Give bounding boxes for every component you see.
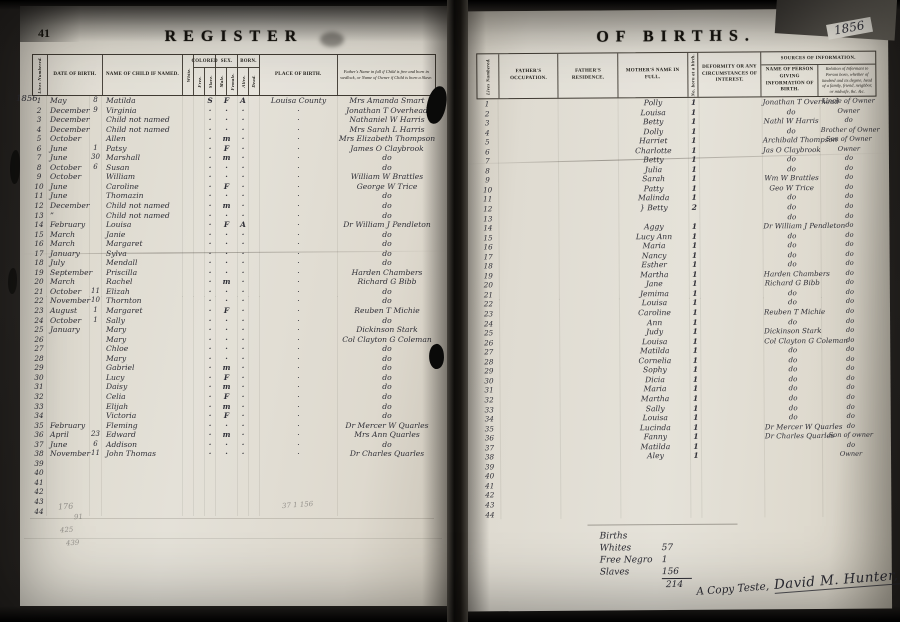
informant-name: do <box>765 393 823 403</box>
row-number: 2 <box>477 109 499 119</box>
father-or-owner-name: Mrs Elizabeth Thompson <box>338 134 436 144</box>
column-group-sex: SEX. Male. Female. <box>216 55 238 95</box>
born-alive-mark: · <box>238 287 249 297</box>
birth-month <box>47 344 90 354</box>
colored-slave-mark: · <box>205 449 216 459</box>
father-residence <box>559 223 619 233</box>
born-alive-mark: · <box>238 172 249 182</box>
father-occupation <box>501 423 561 433</box>
born-dead-mark <box>249 402 260 412</box>
father-occupation <box>501 414 561 424</box>
father-or-owner-name: do <box>338 230 436 240</box>
sex-mark: · <box>216 335 238 345</box>
pencil-note: 439 <box>66 539 80 548</box>
child-name: Janie <box>102 230 183 240</box>
row-number: 3 <box>32 115 47 125</box>
birth-day: 8 <box>90 96 102 106</box>
register-row: 6June1Patsy·F··James O Claybrook <box>32 144 436 154</box>
informant-relation: do <box>822 307 878 317</box>
father-residence <box>561 499 621 509</box>
born-alive-mark: · <box>238 163 249 173</box>
colored-free-mark <box>194 468 205 478</box>
colored-free-mark <box>194 344 205 354</box>
birth-day <box>90 201 102 211</box>
place-of-birth: · <box>260 191 338 201</box>
informant-relation: do <box>821 173 877 183</box>
register-title: REGISTER <box>20 28 448 46</box>
mother-name: Aggy <box>619 222 689 232</box>
white-mark <box>183 144 194 154</box>
born-dead-mark <box>249 258 260 268</box>
born-alive-mark: · <box>238 335 249 345</box>
place-of-birth: · <box>260 134 338 144</box>
white-mark <box>183 449 194 459</box>
register-row: 26Mary····Col Clayton G Coleman <box>32 335 436 345</box>
birth-month <box>47 354 90 364</box>
deformity-note <box>702 489 765 499</box>
colored-free-mark <box>194 478 205 488</box>
birth-month: December <box>47 125 90 135</box>
number-born-mark: 1 <box>689 222 700 232</box>
informant-relation: do <box>822 288 878 298</box>
sex-mark: · <box>216 354 238 364</box>
pencil-note: 176 <box>58 501 74 511</box>
born-dead-mark <box>249 201 260 211</box>
white-mark <box>183 182 194 192</box>
white-mark <box>183 497 194 507</box>
father-or-owner-name: do <box>338 201 436 211</box>
pencil-note: 425 <box>60 526 74 535</box>
register-row: 31Daisy·m··do <box>32 382 436 392</box>
deformity-note <box>701 317 764 327</box>
row-number: 4 <box>32 125 47 135</box>
father-residence <box>561 461 621 471</box>
father-residence <box>559 184 619 194</box>
deformity-note <box>700 126 763 136</box>
place-of-birth: · <box>260 144 338 154</box>
mother-name: Maria <box>620 241 690 251</box>
column-header-father-residence-label: FATHER'S RESIDENCE. <box>559 68 618 84</box>
white-mark <box>183 487 194 497</box>
mother-name: Charlotte <box>619 146 689 156</box>
father-residence <box>559 108 619 118</box>
register-row: 39 <box>32 459 436 469</box>
informant-relation <box>823 498 879 508</box>
deformity-note <box>702 403 765 413</box>
place-of-birth: · <box>260 373 338 383</box>
sex-mark: · <box>216 249 238 259</box>
register-row: 44 <box>479 507 879 519</box>
born-dead-mark <box>249 182 260 192</box>
mother-name: Maria <box>621 384 691 394</box>
register-row: 7June30Marshall·m··do <box>32 153 436 163</box>
summary-total: 214 <box>662 578 692 591</box>
column-header-number: Lives Numbered. <box>33 55 48 95</box>
born-dead-mark <box>249 316 260 326</box>
row-number: 6 <box>32 144 47 154</box>
father-occupation <box>500 337 560 347</box>
row-number: 41 <box>479 481 501 491</box>
child-name: Child not named <box>102 115 183 125</box>
birth-month <box>47 335 90 345</box>
row-number: 38 <box>479 452 501 462</box>
informant-name: Dr William J Pendleton <box>763 221 821 231</box>
number-born-mark: 1 <box>690 241 701 251</box>
birth-day <box>90 468 102 478</box>
number-born-mark <box>691 489 702 499</box>
row-number: 40 <box>32 468 47 478</box>
born-dead-mark <box>249 191 260 201</box>
child-name: Daisy <box>102 382 183 392</box>
born-alive-mark: · <box>238 392 249 402</box>
born-alive-mark: · <box>238 201 249 211</box>
row-number: 26 <box>32 335 47 345</box>
father-residence <box>559 175 619 185</box>
colored-free-mark <box>194 115 205 125</box>
born-dead-mark <box>249 287 260 297</box>
father-occupation <box>500 271 560 281</box>
sex-mark: F <box>216 306 238 316</box>
father-or-owner-name: Dr Charles Quarles <box>338 449 436 459</box>
deformity-note <box>701 279 764 289</box>
father-residence <box>561 490 621 500</box>
place-of-birth: · <box>260 163 338 173</box>
father-occupation <box>500 366 560 376</box>
row-number: 4 <box>477 128 499 138</box>
father-occupation <box>499 137 559 147</box>
father-or-owner-name: do <box>338 211 436 221</box>
mother-name: Fanny <box>621 432 691 442</box>
register-row: 24October1Sally····do <box>32 316 436 326</box>
colored-slave-mark: · <box>205 268 216 278</box>
attest-text: A Copy Teste, <box>696 580 770 598</box>
row-number: 28 <box>32 354 47 364</box>
sex-mark: F <box>216 220 238 230</box>
sex-mark: F <box>216 373 238 383</box>
informant-name: do <box>765 383 823 393</box>
deformity-note <box>701 355 764 365</box>
father-or-owner-name <box>338 497 436 507</box>
column-header-mother-name: MOTHER'S NAME IN FULL. <box>618 53 688 97</box>
white-mark <box>183 220 194 230</box>
row-number: 6 <box>477 147 499 157</box>
colored-free-mark <box>194 144 205 154</box>
birth-day <box>90 421 102 431</box>
informant-relation: do <box>822 259 878 269</box>
colored-free-mark <box>194 134 205 144</box>
father-residence <box>561 452 621 462</box>
sex-mark: m <box>216 430 238 440</box>
place-of-birth <box>260 468 338 478</box>
row-number: 10 <box>477 185 499 195</box>
born-alive-mark <box>238 468 249 478</box>
colored-slave-mark: · <box>205 163 216 173</box>
father-residence <box>560 347 620 357</box>
place-of-birth: · <box>260 421 338 431</box>
number-born-mark: 1 <box>690 327 701 337</box>
informant-name: do <box>763 126 821 136</box>
book-binding <box>447 0 468 622</box>
sex-mark: · <box>216 449 238 459</box>
column-header-white-label: White. <box>186 68 191 82</box>
right-register-rows: 1Polly1Jonathan T OverheadUncle of Owner… <box>477 97 880 520</box>
row-number: 8 <box>477 166 499 176</box>
born-alive-mark: · <box>238 411 249 421</box>
born-dead-mark <box>249 344 260 354</box>
born-dead-mark <box>249 277 260 287</box>
summary-whites-value: 57 <box>662 542 692 554</box>
sex-mark: · <box>216 421 238 431</box>
colored-slave-mark: · <box>205 430 216 440</box>
birth-month <box>47 468 90 478</box>
colored-slave-mark: · <box>205 392 216 402</box>
father-or-owner-name: do <box>338 153 436 163</box>
born-dead-mark <box>249 373 260 383</box>
row-number: 13 <box>477 214 499 224</box>
mother-name: Dicia <box>620 375 690 385</box>
born-alive-mark: · <box>238 106 249 116</box>
sex-mark: m <box>216 201 238 211</box>
register-row: 12DecemberChild not named·m··do <box>32 201 436 211</box>
register-row: 37June6Addison····do <box>32 440 436 450</box>
deformity-note <box>701 298 764 308</box>
register-row: 20MarchRachel·m··Richard G Bibb <box>32 277 436 287</box>
column-header-number-born-label: No. born at a birth. <box>690 54 695 97</box>
born-alive-mark: · <box>238 306 249 316</box>
column-group-sources: SOURCES OF INFORMATION. NAME OF PERSON G… <box>761 52 875 97</box>
father-occupation <box>501 462 561 472</box>
row-number: 35 <box>32 421 47 431</box>
left-register-rows: 1May8MatildaSFALouisa CountyMrs Amanda S… <box>32 96 436 516</box>
father-or-owner-name: do <box>338 296 436 306</box>
deformity-note <box>700 107 763 117</box>
father-or-owner-name: do <box>338 392 436 402</box>
row-number: 43 <box>32 497 47 507</box>
mother-name: Lucinda <box>621 423 691 433</box>
father-occupation <box>500 299 560 309</box>
white-mark <box>183 268 194 278</box>
white-mark <box>183 96 194 106</box>
deformity-note <box>701 307 764 317</box>
birth-month: October <box>47 172 90 182</box>
mother-name: Matilda <box>620 346 690 356</box>
father-occupation <box>499 118 559 128</box>
row-number: 7 <box>477 157 499 167</box>
sex-mark: · <box>216 440 238 450</box>
father-residence <box>560 337 620 347</box>
colored-free-mark <box>194 449 205 459</box>
birth-day <box>90 459 102 469</box>
deformity-note <box>700 222 763 232</box>
sex-mark <box>216 459 238 469</box>
born-alive-mark: · <box>238 344 249 354</box>
births-summary: Births Whites 57 Free Negro 1 Slaves 156… <box>600 530 692 592</box>
column-header-female: Female. <box>227 68 237 95</box>
ink-smear <box>320 32 344 47</box>
place-of-birth: · <box>260 287 338 297</box>
white-mark <box>183 507 194 517</box>
birth-month: March <box>47 230 90 240</box>
column-header-child-name-label: NAME OF CHILD IF NAMED. <box>105 71 180 80</box>
informant-relation: do <box>821 154 877 164</box>
father-occupation <box>501 490 561 500</box>
place-of-birth <box>260 459 338 469</box>
born-dead-mark <box>249 220 260 230</box>
informant-name: do <box>764 364 822 374</box>
row-number: 30 <box>32 373 47 383</box>
informant-name: Dr Mercer W Quarles <box>765 422 823 432</box>
informant-name: do <box>764 240 822 250</box>
born-dead-mark <box>249 306 260 316</box>
born-dead-mark <box>249 230 260 240</box>
white-mark <box>183 363 194 373</box>
born-alive-mark: · <box>238 191 249 201</box>
informant-relation: do <box>823 412 879 422</box>
white-mark <box>183 392 194 402</box>
informant-name: Archibald Thompson <box>763 135 821 145</box>
deformity-note <box>700 164 763 174</box>
born-dead-mark <box>249 449 260 459</box>
born-alive-mark: · <box>238 354 249 364</box>
colored-slave-mark: · <box>205 220 216 230</box>
birth-month: April <box>47 430 90 440</box>
summary-slaves-label: Slaves <box>600 566 662 578</box>
father-or-owner-name: do <box>338 402 436 412</box>
father-residence <box>561 509 621 519</box>
father-occupation <box>500 318 560 328</box>
row-number: 12 <box>32 201 47 211</box>
father-occupation <box>501 509 561 519</box>
row-number: 14 <box>32 220 47 230</box>
father-occupation <box>501 404 561 414</box>
deformity-note <box>702 498 765 508</box>
place-of-birth: · <box>260 182 338 192</box>
birth-day: 10 <box>90 296 102 306</box>
birth-month: March <box>47 239 90 249</box>
mother-name: } Betty <box>619 203 689 213</box>
row-number: 22 <box>478 300 500 310</box>
born-alive-mark: · <box>238 182 249 192</box>
column-header-number-born: No. born at a birth. <box>688 53 699 97</box>
register-row: 22November10Thornton····do <box>32 296 436 306</box>
father-residence <box>561 433 621 443</box>
born-alive-mark <box>238 478 249 488</box>
clerk-attestation: A Copy Teste, David M. Hunter, Clk <box>696 562 900 599</box>
birth-day <box>90 392 102 402</box>
place-of-birth: · <box>260 344 338 354</box>
informant-relation: Owner <box>823 450 879 460</box>
row-number: 8 <box>32 163 47 173</box>
child-name: Mendall <box>102 258 183 268</box>
colored-slave-mark: · <box>205 306 216 316</box>
number-born-mark: 1 <box>689 117 700 127</box>
sex-mark: m <box>216 153 238 163</box>
informant-relation <box>823 478 879 488</box>
birth-day <box>90 258 102 268</box>
born-dead-mark <box>249 430 260 440</box>
birth-day: 23 <box>90 430 102 440</box>
row-number: 30 <box>478 376 500 386</box>
row-number: 10 <box>32 182 47 192</box>
sex-mark: · <box>216 287 238 297</box>
row-number: 26 <box>478 338 500 348</box>
colored-slave-mark <box>205 478 216 488</box>
mother-name: Martha <box>621 394 691 404</box>
born-dead-mark <box>249 153 260 163</box>
mother-name: Polly <box>619 98 689 108</box>
birth-day <box>90 268 102 278</box>
birth-day <box>90 363 102 373</box>
mother-name <box>621 489 691 499</box>
born-alive-mark: · <box>238 239 249 249</box>
colored-free-mark <box>194 163 205 173</box>
row-number: 12 <box>477 204 499 214</box>
born-dead-mark <box>249 125 260 135</box>
born-dead-mark <box>249 249 260 259</box>
sex-mark: · <box>216 344 238 354</box>
mother-name: Sally <box>621 403 691 413</box>
colored-free-mark <box>194 220 205 230</box>
mother-name <box>621 480 691 490</box>
column-group-colored: COLORED Free. Slave. <box>194 55 216 95</box>
child-name: Mary <box>102 335 183 345</box>
colored-slave-mark: S <box>205 96 216 106</box>
register-row: 35FebruaryFleming····Dr Mercer W Quarles <box>32 421 436 431</box>
colored-free-mark <box>194 354 205 364</box>
birth-month: February <box>47 220 90 230</box>
deformity-note <box>702 508 765 518</box>
white-mark <box>183 335 194 345</box>
born-dead-mark <box>249 239 260 249</box>
register-row: 11JuneThomazin····do <box>32 191 436 201</box>
number-born-mark: 1 <box>690 308 701 318</box>
register-row: 16MarchMargaret····do <box>32 239 436 249</box>
father-residence <box>560 251 620 261</box>
informant-relation: do <box>822 326 878 336</box>
birth-month: February <box>47 421 90 431</box>
colored-slave-mark <box>205 459 216 469</box>
row-number: 22 <box>32 296 47 306</box>
row-number: 27 <box>32 344 47 354</box>
deformity-note <box>702 451 765 461</box>
informant-name: do <box>763 212 821 222</box>
mother-name: Malinda <box>619 193 689 203</box>
column-group-sources-label: SOURCES OF INFORMATION. <box>761 52 875 66</box>
mother-name <box>621 461 691 471</box>
father-occupation <box>499 99 559 109</box>
white-mark <box>183 249 194 259</box>
place-of-birth: · <box>260 268 338 278</box>
row-number: 38 <box>32 449 47 459</box>
white-mark <box>183 239 194 249</box>
father-or-owner-name: Mrs Sarah L Harris <box>338 125 436 135</box>
informant-name <box>765 441 823 451</box>
sex-mark <box>216 487 238 497</box>
row-number: 34 <box>32 411 47 421</box>
father-occupation <box>499 194 559 204</box>
father-occupation <box>499 147 559 157</box>
white-mark <box>183 459 194 469</box>
informant-relation: do <box>823 421 879 431</box>
birth-day: 6 <box>90 163 102 173</box>
row-number: 20 <box>478 281 500 291</box>
number-born-mark: 1 <box>691 384 702 394</box>
row-number: 5 <box>32 134 47 144</box>
born-alive-mark <box>238 487 249 497</box>
informant-relation: do <box>821 230 877 240</box>
mother-name: Matilda <box>621 442 691 452</box>
colored-free-mark <box>194 258 205 268</box>
